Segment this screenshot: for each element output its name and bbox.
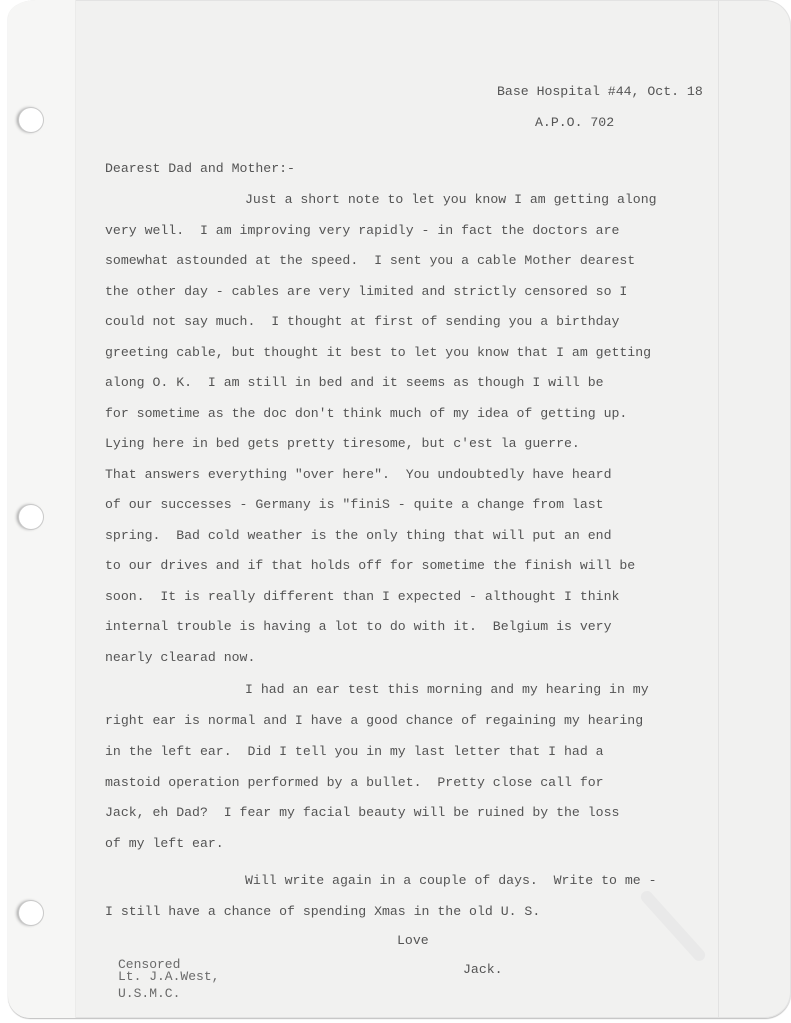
body-line: somewhat astounded at the speed. I sent … <box>105 254 635 267</box>
body-line: could not say much. I thought at first o… <box>105 315 619 328</box>
body-line: soon. It is really different than I expe… <box>105 590 619 603</box>
binder-margin <box>8 0 76 1018</box>
body-line: in the left ear. Did I tell you in my la… <box>105 745 604 758</box>
body-line: Just a short note to let you know I am g… <box>245 193 657 206</box>
body-line: mastoid operation performed by a bullet.… <box>105 776 604 789</box>
letter-location-date: Base Hospital #44, Oct. 18 <box>497 85 703 98</box>
body-line: along O. K. I am still in bed and it see… <box>105 376 604 389</box>
punch-hole-icon <box>19 108 43 132</box>
body-line: internal trouble is having a lot to do w… <box>105 620 611 633</box>
body-line: Jack, eh Dad? I fear my facial beauty wi… <box>105 806 619 819</box>
body-line: right ear is normal and I have a good ch… <box>105 714 643 727</box>
censor-unit: U.S.M.C. <box>118 987 180 1000</box>
body-line: of our successes - Germany is "finiS - q… <box>105 498 604 511</box>
body-line: spring. Bad cold weather is the only thi… <box>105 529 611 542</box>
body-line: the other day - cables are very limited … <box>105 285 627 298</box>
letter-signature: Jack. <box>463 963 503 976</box>
body-line: nearly clearad now. <box>105 651 255 664</box>
fold-line <box>718 0 719 1018</box>
censor-name: Lt. J.A.West, <box>118 970 219 983</box>
body-line: very well. I am improving very rapidly -… <box>105 224 619 237</box>
body-line: I had an ear test this morning and my he… <box>245 683 649 696</box>
body-line: Will write again in a couple of days. Wr… <box>245 874 657 887</box>
body-line: of my left ear. <box>105 837 224 850</box>
body-line: to our drives and if that holds off for … <box>105 559 635 572</box>
body-line: greeting cable, but thought it best to l… <box>105 346 651 359</box>
body-line: for sometime as the doc don't think much… <box>105 407 627 420</box>
letter-closing: Love <box>397 934 429 947</box>
punch-hole-icon <box>19 901 43 925</box>
punch-hole-icon <box>19 505 43 529</box>
letter-address: A.P.O. 702 <box>535 116 614 129</box>
paper-smudge <box>638 889 707 964</box>
body-line: Lying here in bed gets pretty tiresome, … <box>105 437 580 450</box>
body-line: I still have a chance of spending Xmas i… <box>105 905 540 918</box>
body-line: That answers everything "over here". You… <box>105 468 611 481</box>
letter-salutation: Dearest Dad and Mother:- <box>105 162 295 175</box>
